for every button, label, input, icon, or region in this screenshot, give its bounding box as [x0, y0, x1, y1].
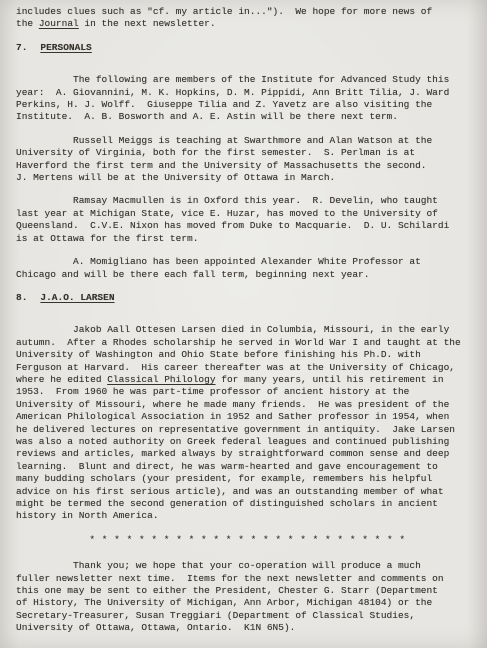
personals-paragraph-4: A. Momigliano has been appointed Alexand…	[16, 256, 479, 281]
intro-paragraph: includes clues such as "cf. my article i…	[16, 6, 479, 31]
personals-paragraph-1: The following are members of the Institu…	[16, 74, 479, 124]
section-7-number: 7.	[16, 42, 27, 53]
larsen-obituary-paragraph: Jakob Aall Ottesen Larsen died in Columb…	[16, 324, 479, 523]
journal-underlined-text: Journal	[39, 18, 79, 29]
section-8-heading: 8.J.A.O. LARSEN	[16, 292, 479, 304]
classical-philology-underlined-text: Classical Philology	[107, 374, 215, 385]
asterisk-divider: * * * * * * * * * * * * * * * * * * * * …	[16, 534, 479, 546]
section-7-heading: 7.PERSONALS	[16, 42, 479, 54]
larsen-text-after: for many years, until his retirement in …	[16, 374, 455, 521]
closing-paragraph: Thank you; we hope that your co-operatio…	[16, 560, 479, 634]
personals-paragraph-3: Ramsay Macmullen is in Oxford this year.…	[16, 195, 479, 245]
section-8-number: 8.	[16, 292, 27, 303]
personals-paragraph-2: Russell Meiggs is teaching at Swarthmore…	[16, 135, 479, 185]
intro-text-after: in the next newsletter.	[79, 18, 216, 29]
section-8-title: J.A.O. LARSEN	[40, 292, 114, 303]
newsletter-page: includes clues such as "cf. my article i…	[0, 0, 487, 648]
section-7-title: PERSONALS	[40, 42, 91, 53]
